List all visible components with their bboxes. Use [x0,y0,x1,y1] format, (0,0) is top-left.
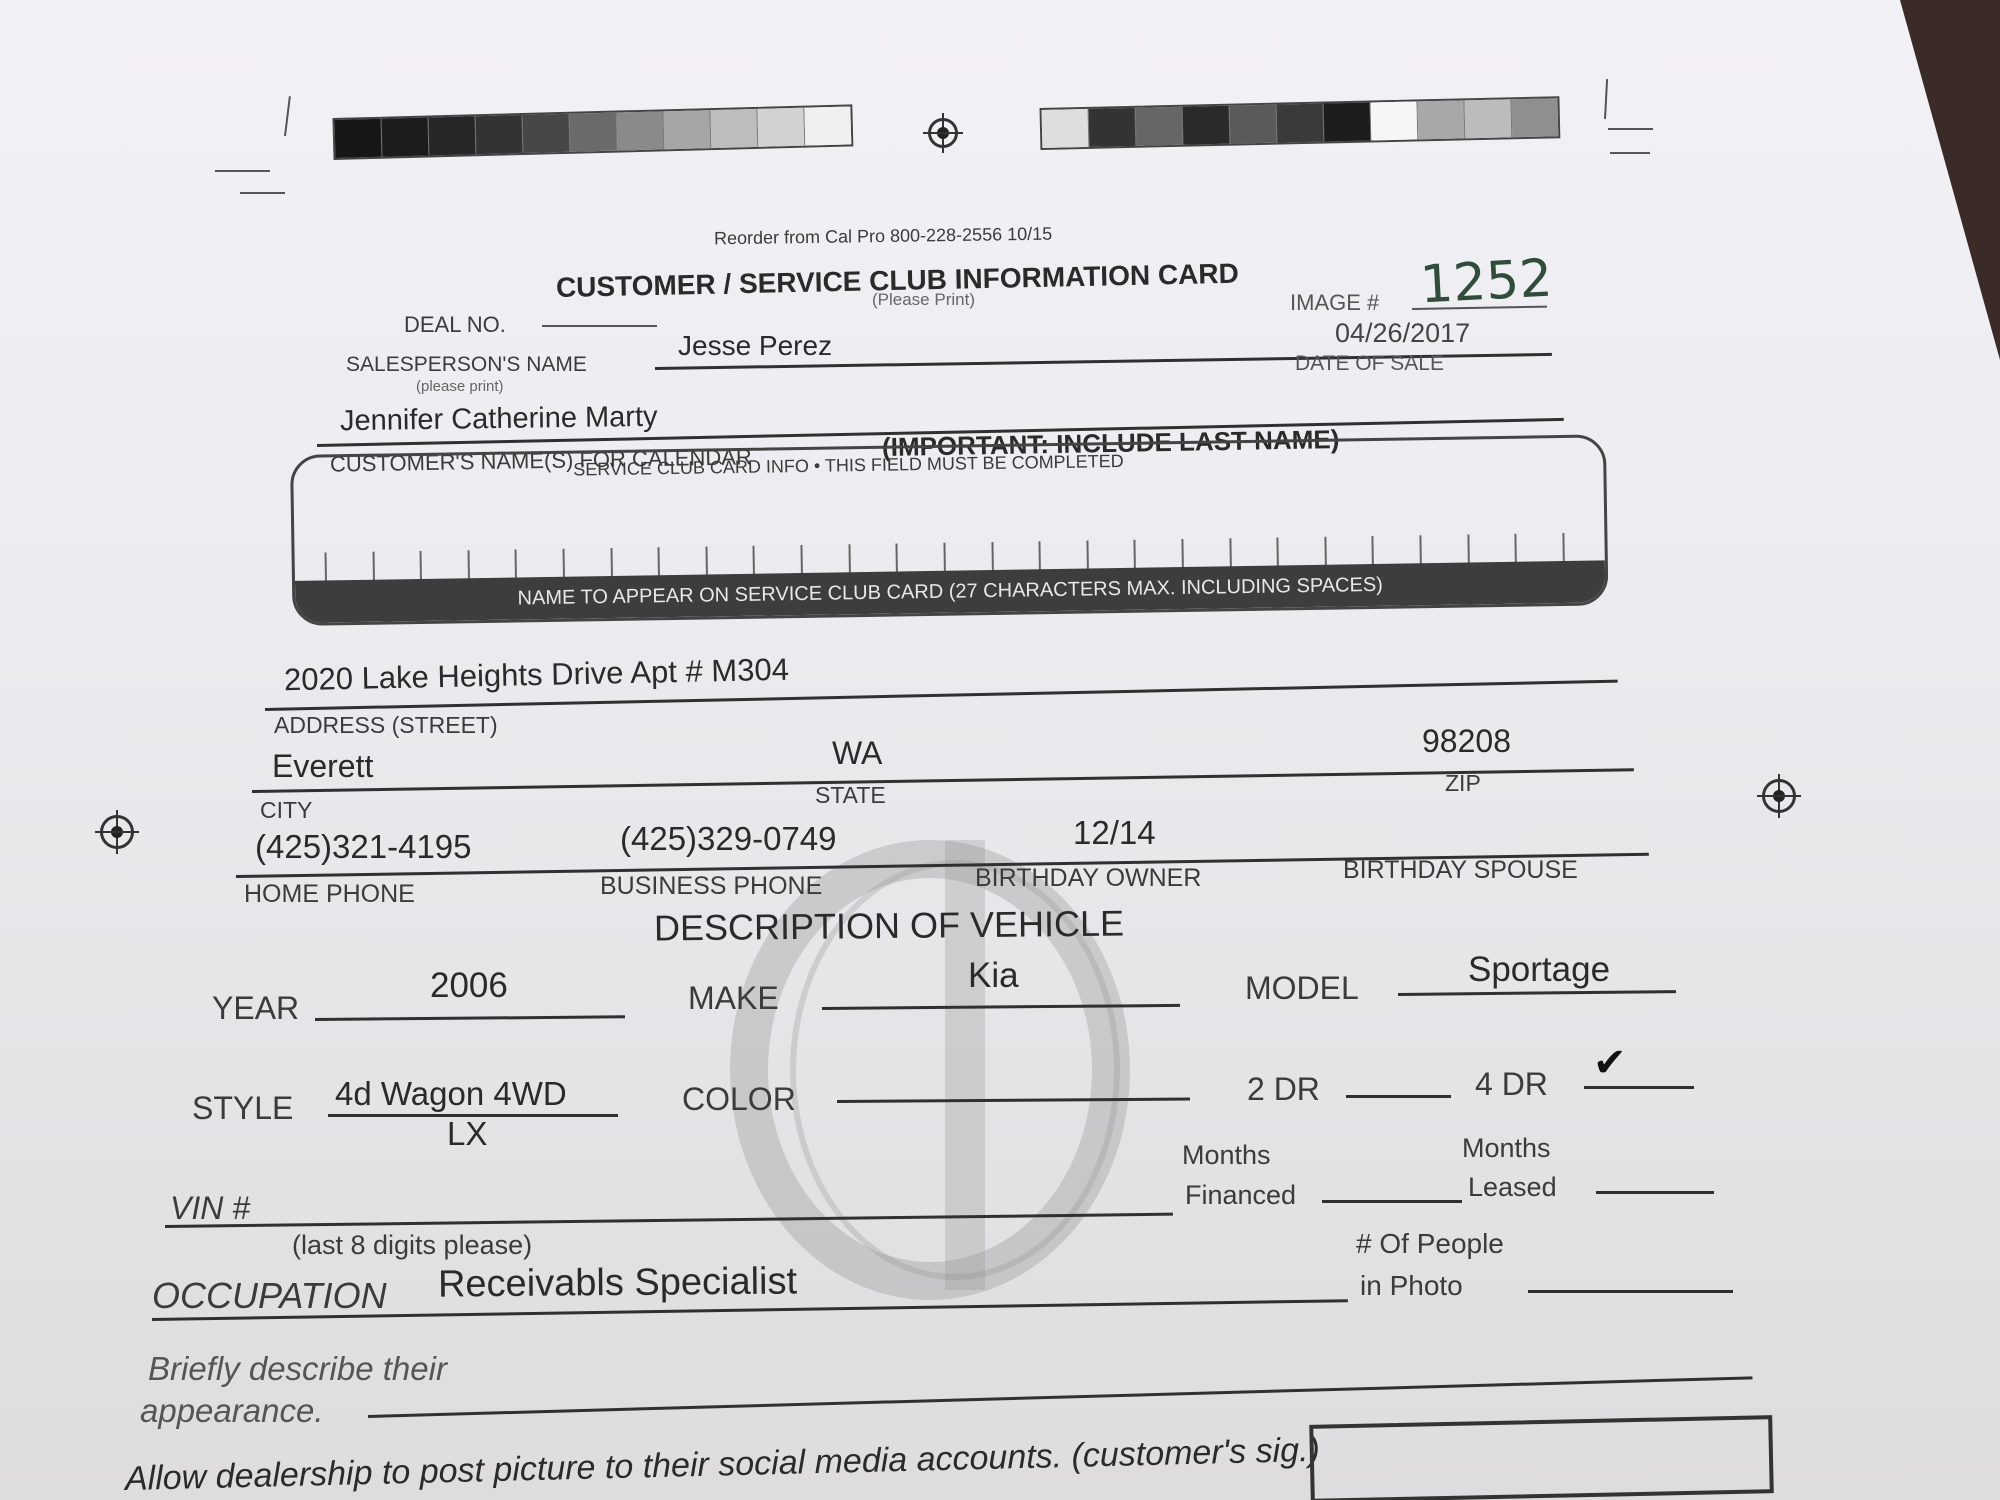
months-financed-label-1: Months [1182,1140,1271,1171]
deal-no-label: DEAL NO. [404,312,506,338]
people-in-photo-label-2: in Photo [1360,1270,1463,1302]
city-state-zip-line [252,768,1634,793]
year-field-line [315,1015,625,1021]
model-field-line [1398,990,1676,996]
grayscale-calibration-bar-left [332,104,853,160]
please-print-note: (Please Print) [872,290,975,310]
registration-mark-left [100,815,134,849]
social-media-permission-label: Allow dealership to post picture to thei… [125,1431,1321,1499]
birthday-spouse-label: BIRTHDAY SPOUSE [1343,856,1578,885]
vehicle-section-title: DESCRIPTION OF VEHICLE [654,903,1124,950]
year-value[interactable]: 2006 [430,966,508,1006]
crop-mark [1608,128,1653,130]
months-financed-field[interactable] [1322,1200,1462,1203]
home-phone-value[interactable]: (425)321-4195 [255,828,472,866]
people-in-photo-label-1: # Of People [1356,1228,1504,1260]
two-door-field[interactable] [1346,1095,1451,1098]
home-phone-label: HOME PHONE [244,880,415,909]
crop-mark [240,192,285,194]
card-info-header: SERVICE CLUB CARD INFO • THIS FIELD MUST… [573,451,1124,481]
color-label: COLOR [682,1081,796,1118]
registration-mark-right [1762,779,1796,813]
reorder-text: Reorder from Cal Pro 800-228-2556 10/15 [714,224,1052,250]
street-label: ADDRESS (STREET) [274,712,498,739]
model-label: MODEL [1245,970,1359,1007]
crop-mark [284,96,291,136]
two-door-label: 2 DR [1247,1071,1320,1108]
four-door-field [1584,1086,1694,1089]
salesperson-label: SALESPERSON'S NAME [346,353,587,377]
style-value-line1[interactable]: 4d Wagon 4WD [335,1075,567,1113]
business-phone-label: BUSINESS PHONE [600,872,822,901]
zip-value[interactable]: 98208 [1422,723,1511,760]
business-phone-value[interactable]: (425)329-0749 [620,820,837,858]
salesperson-hint: (please print) [416,378,504,395]
crop-mark [1604,79,1608,119]
birthday-owner-value[interactable]: 12/14 [1073,814,1156,852]
birthday-owner-label: BIRTHDAY OWNER [975,864,1201,893]
form-paper: Reorder from Cal Pro 800-228-2556 10/15 … [0,0,2000,1500]
occupation-label: OCCUPATION [152,1275,387,1317]
salesperson-value[interactable]: Jesse Perez [678,330,832,362]
state-value[interactable]: WA [832,735,882,772]
city-value[interactable]: Everett [272,748,373,785]
appearance-label-2: appearance. [140,1392,323,1430]
people-in-photo-field[interactable] [1528,1290,1733,1293]
grayscale-calibration-bar-right [1040,96,1561,150]
city-label: CITY [260,797,312,824]
vin-label: VIN # [170,1190,250,1227]
make-value[interactable]: Kia [968,956,1019,996]
crop-mark [1610,152,1650,154]
style-value-line2[interactable]: LX [447,1115,487,1153]
months-leased-field[interactable] [1596,1191,1714,1194]
date-of-sale-label: DATE OF SALE [1295,352,1444,376]
appearance-label-1: Briefly describe their [148,1350,447,1388]
make-label: MAKE [688,980,779,1017]
customer-name-value[interactable]: Jennifer Catherine Marty [340,401,658,438]
registration-mark-top [928,118,958,148]
street-value[interactable]: 2020 Lake Heights Drive Apt # M304 [284,652,790,699]
four-door-label: 4 DR [1475,1066,1548,1103]
image-number-label: IMAGE # [1290,290,1379,316]
zip-label: ZIP [1445,770,1481,797]
customer-signature-box[interactable] [1309,1415,1774,1500]
months-financed-label-2: Financed [1185,1180,1296,1211]
deal-no-field[interactable] [542,325,657,327]
model-value[interactable]: Sportage [1468,950,1610,990]
crop-mark [215,170,270,172]
appearance-field[interactable] [368,1376,1753,1418]
year-label: YEAR [212,990,299,1027]
date-of-sale-value[interactable]: 04/26/2017 [1335,318,1470,349]
style-label: STYLE [192,1090,293,1127]
months-leased-label-2: Leased [1468,1172,1557,1203]
state-label: STATE [815,782,886,809]
service-club-card-box: SERVICE CLUB CARD INFO • THIS FIELD MUST… [290,434,1609,626]
months-leased-label-1: Months [1462,1133,1551,1164]
occupation-value[interactable]: Receivabls Specialist [438,1260,797,1306]
four-door-checkmark-icon[interactable]: ✔ [1593,1040,1627,1086]
vin-hint: (last 8 digits please) [292,1230,532,1261]
